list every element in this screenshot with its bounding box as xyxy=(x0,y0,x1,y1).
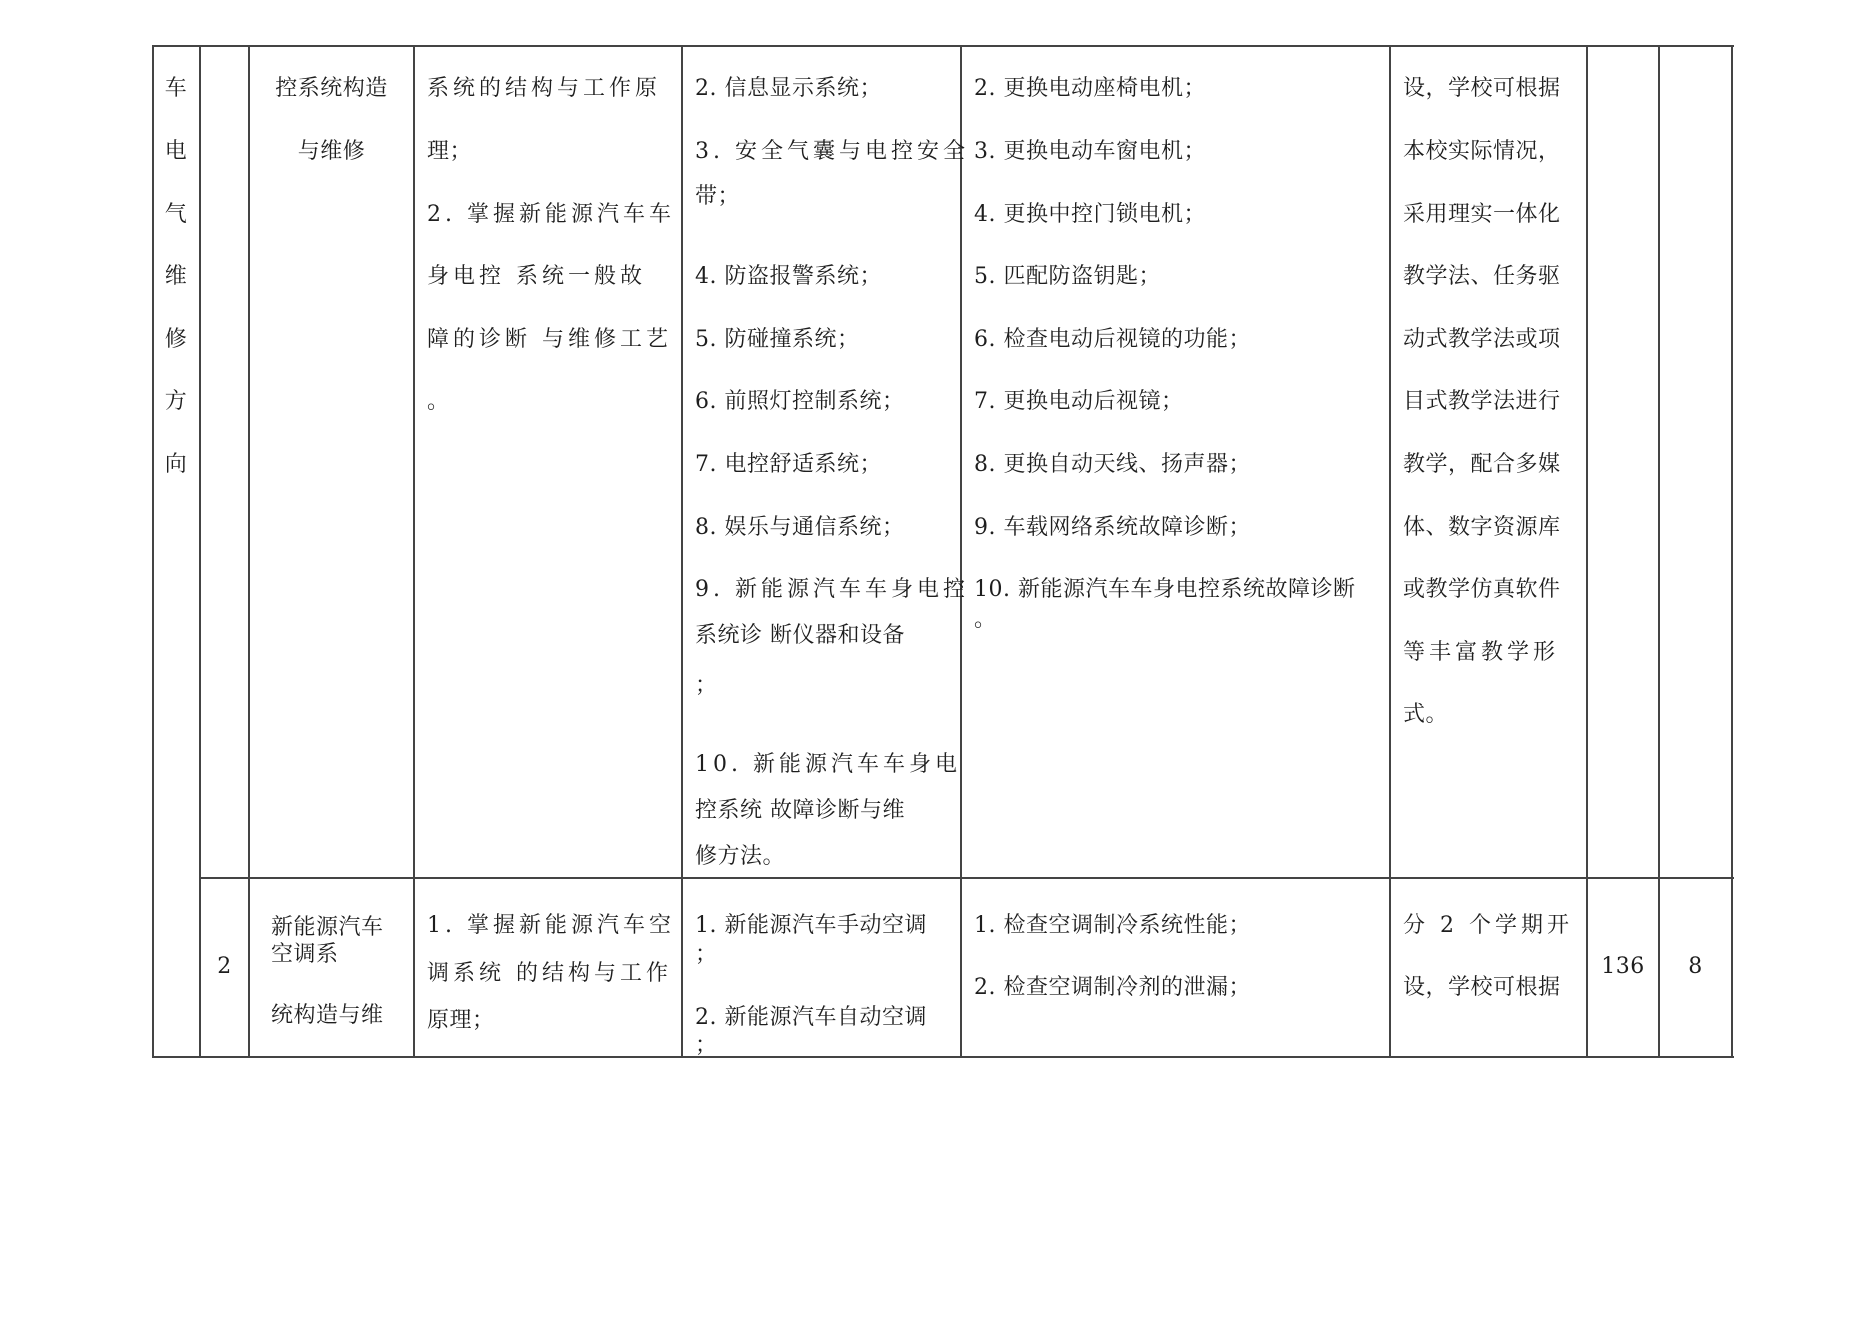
content-line: ； xyxy=(695,1033,718,1059)
course-name-cell: 控系统构造 与维修 xyxy=(249,45,414,878)
skills-line: 8. 更换自动天线、扬声器； xyxy=(974,452,1251,478)
content-line: 8. 娱乐与通信系统； xyxy=(695,515,904,541)
credits-cell: 8 xyxy=(1659,878,1732,1057)
teaching-line: 设，学校可根据 xyxy=(1403,975,1561,1001)
category-char: 方 xyxy=(152,389,200,415)
teaching-line: 采用理实一体化 xyxy=(1403,202,1561,228)
category-char: 修 xyxy=(152,327,200,353)
category-char: 气 xyxy=(152,202,200,228)
content-line: 9. 新能源汽车车身电控 xyxy=(695,577,969,603)
document-page: 车 电 气 维 修 方 向 控系统构造 与维修 系统的结构与工作原 理； 2. … xyxy=(0,0,1871,1323)
teaching-cell: 设，学校可根据 本校实际情况， 采用理实一体化 教学法、任务驱 动式教学法或项 … xyxy=(1390,45,1587,878)
hours-value: 136 xyxy=(1587,954,1659,980)
content-line: 2. 信息显示系统； xyxy=(695,76,882,102)
hours-cell: 136 xyxy=(1587,878,1659,1057)
objectives-line: 原理； xyxy=(427,1008,495,1034)
skills-line: 1. 检查空调制冷系统性能； xyxy=(974,913,1251,939)
skills-line: 2. 检查空调制冷剂的泄漏； xyxy=(974,975,1251,1001)
content-line: 7. 电控舒适系统； xyxy=(695,452,882,478)
content-line: 10. 新能源汽车车身电 xyxy=(695,752,961,778)
skills-line: 2. 更换电动座椅电机； xyxy=(974,76,1206,102)
teaching-line: 动式教学法或项 xyxy=(1403,327,1561,353)
skills-line: 3. 更换电动车窗电机； xyxy=(974,139,1206,165)
content-line: ； xyxy=(695,673,718,699)
content-line: 1. 新能源汽车手动空调 xyxy=(695,913,927,939)
skills-line: 5. 匹配防盗钥匙； xyxy=(974,264,1161,290)
course-name-line: 统构造与维 xyxy=(271,1003,384,1029)
content-line: 系统诊 断仪器和设备 xyxy=(695,623,905,649)
teaching-line: 体、数字资源库 xyxy=(1403,515,1561,541)
teaching-line: 设，学校可根据 xyxy=(1403,76,1561,102)
objectives-line: 。 xyxy=(427,389,450,415)
content-line: 5. 防碰撞系统； xyxy=(695,327,859,353)
teaching-line: 式。 xyxy=(1403,702,1448,728)
index-cell: 2 xyxy=(200,878,249,1057)
category-char: 车 xyxy=(152,76,200,102)
content-line: 2. 新能源汽车自动空调 xyxy=(695,1005,927,1031)
credits-value: 8 xyxy=(1659,954,1732,980)
skills-line: 10. 新能源汽车车身电控系统故障诊断 xyxy=(974,577,1355,603)
category-char: 电 xyxy=(152,139,200,165)
index-value: 2 xyxy=(200,954,249,980)
content-line: 3. 安全气囊与电控安全 xyxy=(695,139,969,165)
objectives-line: 系统的结构与工作原 xyxy=(427,76,661,102)
teaching-line: 本校实际情况， xyxy=(1403,139,1561,165)
teaching-line: 分 2 个学期开 xyxy=(1403,913,1573,939)
content-line: 4. 防盗报警系统； xyxy=(695,264,882,290)
content-line: ； xyxy=(695,942,718,968)
index-cell xyxy=(200,45,249,878)
skills-line: 。 xyxy=(974,607,997,633)
credits-cell xyxy=(1659,45,1732,878)
skills-line: 4. 更换中控门锁电机； xyxy=(974,202,1206,228)
teaching-line: 目式教学法进行 xyxy=(1403,389,1561,415)
course-name-line: 与维修 xyxy=(249,139,414,165)
teaching-line: 教学法、任务驱 xyxy=(1403,264,1561,290)
category-char: 向 xyxy=(152,452,200,478)
teaching-line: 或教学仿真软件 xyxy=(1403,577,1561,603)
skills-cell: 1. 检查空调制冷系统性能； 2. 检查空调制冷剂的泄漏； xyxy=(961,878,1390,1057)
objectives-line: 理； xyxy=(427,139,472,165)
teaching-line: 教学，配合多媒 xyxy=(1403,452,1561,478)
content-cell: 2. 信息显示系统； 3. 安全气囊与电控安全 带； 4. 防盗报警系统； 5.… xyxy=(682,45,961,878)
category-char: 维 xyxy=(152,264,200,290)
course-name-cell: 新能源汽车 空调系 统构造与维 xyxy=(249,878,414,1057)
objectives-line: 2. 掌握新能源汽车车 xyxy=(427,202,675,228)
content-line: 修方法。 xyxy=(695,844,785,870)
course-name-line: 新能源汽车 xyxy=(271,915,384,941)
objectives-cell: 系统的结构与工作原 理； 2. 掌握新能源汽车车 身电控 系统一般故 障的诊断 … xyxy=(414,45,682,878)
hours-cell xyxy=(1587,45,1659,878)
objectives-line: 1. 掌握新能源汽车空 xyxy=(427,913,675,939)
objectives-cell: 1. 掌握新能源汽车空 调系统 的结构与工作 原理； xyxy=(414,878,682,1057)
objectives-line: 调系统 的结构与工作 xyxy=(427,961,672,987)
objectives-line: 身电控 系统一般故 xyxy=(427,264,646,290)
skills-line: 9. 车载网络系统故障诊断； xyxy=(974,515,1251,541)
objectives-line: 障的诊断 与维修工艺 xyxy=(427,327,672,353)
content-line: 控系统 故障诊断与维 xyxy=(695,798,905,824)
content-line: 6. 前照灯控制系统； xyxy=(695,389,904,415)
skills-cell: 2. 更换电动座椅电机； 3. 更换电动车窗电机； 4. 更换中控门锁电机； 5… xyxy=(961,45,1390,878)
skills-line: 7. 更换电动后视镜； xyxy=(974,389,1183,415)
content-line: 带； xyxy=(695,184,740,210)
teaching-line: 等丰富教学形 xyxy=(1403,640,1559,666)
content-cell: 1. 新能源汽车手动空调 ； 2. 新能源汽车自动空调 ； xyxy=(682,878,961,1057)
course-name-line: 空调系 xyxy=(271,942,339,968)
teaching-cell: 分 2 个学期开 设，学校可根据 xyxy=(1390,878,1587,1057)
category-cell: 车 电 气 维 修 方 向 xyxy=(152,45,200,1057)
skills-line: 6. 检查电动后视镜的功能； xyxy=(974,327,1251,353)
course-name-line: 控系统构造 xyxy=(249,76,414,102)
